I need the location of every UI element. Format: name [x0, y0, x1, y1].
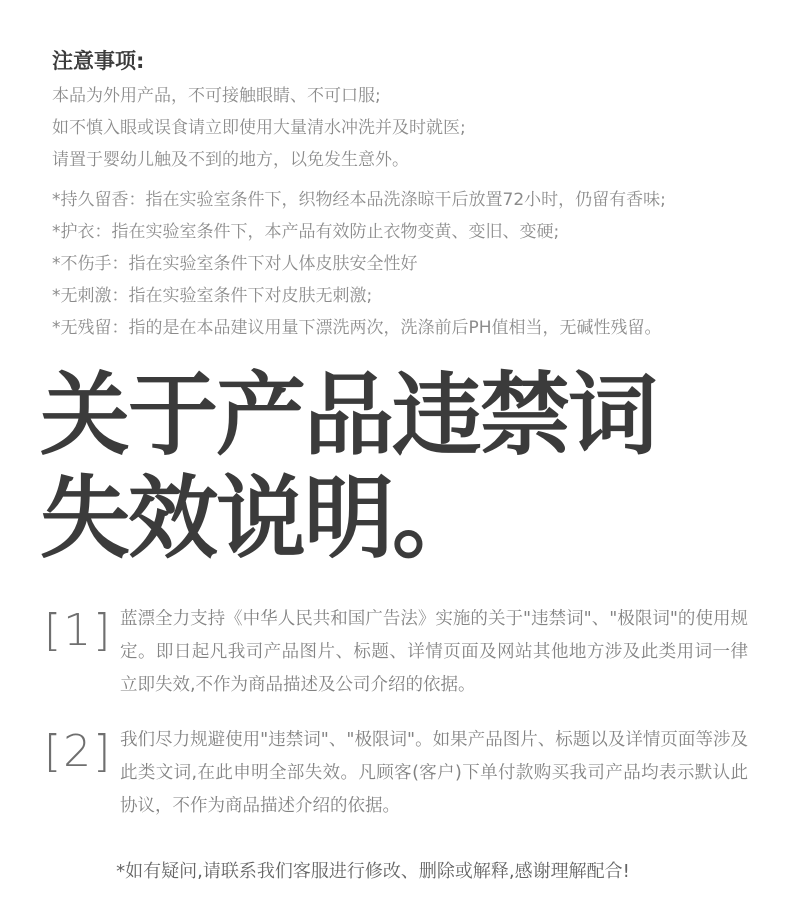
disclaimer-item-1: [1] 蓝漂全力支持《中华人民共和国广告法》实施的关于"违禁词"、"极限词"的使…: [44, 603, 750, 702]
page-title-line-2: 失效说明。: [40, 467, 750, 570]
disclaimer-item-2: [2] 我们尽力规避使用"违禁词"、"极限词"。如果产品图片、标题以及详情页面等…: [44, 724, 750, 823]
claims-section: *持久留香：指在实验室条件下，织物经本品洗涤晾干后放置72小时，仍留有香味; *…: [52, 184, 750, 344]
disclaimer-item-2-number: [2]: [44, 724, 120, 823]
notice-title: 注意事项:: [52, 46, 750, 76]
disclaimer-item-1-text: 蓝漂全力支持《中华人民共和国广告法》实施的关于"违禁词"、"极限词"的使用规定。…: [120, 603, 748, 702]
notice-line-2: 如不慎入眼或误食请立即使用大量清水冲洗并及时就医;: [52, 112, 750, 144]
claim-line-no-residue: *无残留：指的是在本品建议用量下漂洗两次，洗涤前后PH值相当，无碱性残留。: [52, 312, 750, 344]
notice-line-3: 请置于婴幼儿触及不到的地方，以免发生意外。: [52, 144, 750, 176]
contact-footnote: *如有疑问,请联系我们客服进行修改、删除或解释,感谢理解配合!: [52, 859, 750, 885]
disclaimer-item-2-text: 我们尽力规避使用"违禁词"、"极限词"。如果产品图片、标题以及详情页面等涉及此类…: [120, 724, 748, 823]
page-title-line-1: 关于产品违禁词: [40, 364, 750, 467]
content-area: 注意事项: 本品为外用产品，不可接触眼睛、不可口服; 如不慎入眼或误食请立即使用…: [0, 0, 790, 885]
claim-line-fabric-care: *护衣：指在实验室条件下，本产品有效防止衣物变黄、变旧、变硬;: [52, 216, 750, 248]
notice-section: 注意事项: 本品为外用产品，不可接触眼睛、不可口服; 如不慎入眼或误食请立即使用…: [52, 46, 750, 176]
notice-line-1: 本品为外用产品，不可接触眼睛、不可口服;: [52, 80, 750, 112]
claim-line-non-irritating: *无刺激：指在实验室条件下对皮肤无刺激;: [52, 280, 750, 312]
page-title: 关于产品违禁词 失效说明。: [40, 364, 750, 570]
disclaimer-item-1-number: [1]: [44, 603, 120, 702]
disclaimer-list: [1] 蓝漂全力支持《中华人民共和国广告法》实施的关于"违禁词"、"极限词"的使…: [44, 603, 750, 823]
claim-line-lasting-fragrance: *持久留香：指在实验室条件下，织物经本品洗涤晾干后放置72小时，仍留有香味;: [52, 184, 750, 216]
product-description-page: 注意事项: 本品为外用产品，不可接触眼睛、不可口服; 如不慎入眼或误食请立即使用…: [0, 0, 790, 921]
claim-line-gentle-on-hands: *不伤手：指在实验室条件下对人体皮肤安全性好: [52, 248, 750, 280]
